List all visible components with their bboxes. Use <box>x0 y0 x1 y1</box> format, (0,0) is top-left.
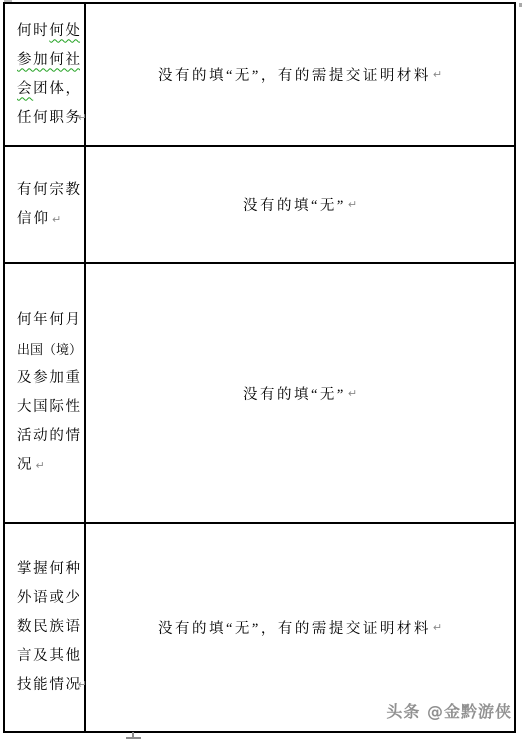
label-segment: 况 <box>17 457 34 473</box>
field-label-line: 会团体， <box>17 75 80 104</box>
field-label-line: 技能情况↵ <box>17 671 80 700</box>
label-segment: 有何宗教 <box>17 182 80 198</box>
end-of-cell-mark-icon: ↵ <box>433 621 442 634</box>
field-label-line: 况↵ <box>17 451 80 480</box>
label-segment: 大国际性 <box>17 399 80 415</box>
field-label-line: 大国际性 <box>17 393 80 422</box>
field-label-line: 何年何月 <box>17 306 80 335</box>
label-segment: 信仰 <box>17 211 50 227</box>
watermark-text: 头条 @金黔游侠 <box>386 699 512 722</box>
table-row: 何时何处 参加何社 会团体， 任何职务↵ 没有的填“无”，有的需提交证明材料↵ <box>5 4 514 147</box>
label-segment: 技能情况 <box>17 677 80 693</box>
field-label-line: 何时何处 <box>17 17 80 46</box>
field-value-text: 没有的填“无”，有的需提交证明材料 <box>158 617 431 638</box>
label-segment: 及参加重 <box>17 370 80 386</box>
table-handle-artifact <box>4 0 12 2</box>
end-of-cell-mark-icon: ↵ <box>78 103 87 132</box>
end-of-cell-mark-icon: ↵ <box>78 670 87 699</box>
end-of-cell-mark-icon: ↵ <box>36 459 45 472</box>
field-label-line: 参加何社 <box>17 46 80 75</box>
label-segment-flagged: 何处 <box>49 23 80 39</box>
label-segment: 活动的情 <box>17 428 80 444</box>
field-label-line: 任何职务↵ <box>17 104 80 133</box>
label-segment-flagged: 会 <box>17 81 33 97</box>
paragraph-mark-artifact <box>519 3 522 7</box>
label-segment: 出国（境） <box>17 342 82 357</box>
end-of-cell-mark-icon: ↵ <box>52 213 61 226</box>
field-label-line: 及参加重 <box>17 364 80 393</box>
label-segment: 言及其他 <box>17 648 80 664</box>
field-label-line: 外语或少 <box>17 584 80 613</box>
field-label-line: 数民族语 <box>17 613 80 642</box>
end-of-cell-mark-icon: ↵ <box>348 198 357 211</box>
field-value-text: 没有的填“无” <box>243 383 346 404</box>
table-row: 有何宗教 信仰↵ 没有的填“无”↵ <box>5 147 514 264</box>
field-value-cell: 没有的填“无”↵ <box>86 147 514 262</box>
field-value-cell: 没有的填“无”，有的需提交证明材料↵ <box>86 4 514 145</box>
field-value-text: 没有的填“无” <box>243 194 346 215</box>
field-value-text: 没有的填“无”，有的需提交证明材料 <box>158 64 431 85</box>
field-label-cell: 何年何月 出国（境） 及参加重 大国际性 活动的情 况↵ <box>5 264 86 522</box>
field-label-cell: 有何宗教 信仰↵ <box>5 147 86 262</box>
end-of-cell-mark-icon: ↵ <box>348 387 357 400</box>
field-label-line: 掌握何种 <box>17 555 80 584</box>
field-label-line: 出国（境） <box>17 335 80 364</box>
field-label-cell: 掌握何种 外语或少 数民族语 言及其他 技能情况↵ <box>5 524 86 731</box>
end-of-cell-mark-icon: ↵ <box>433 68 442 81</box>
table-row: 何年何月 出国（境） 及参加重 大国际性 活动的情 况↵ 没有的填“无”↵ <box>5 264 514 524</box>
label-segment: 数民族语 <box>17 619 80 635</box>
field-label-cell: 何时何处 参加何社 会团体， 任何职务↵ <box>5 4 86 145</box>
field-label-line: 活动的情 <box>17 422 80 451</box>
label-segment: 团体， <box>33 81 80 97</box>
label-segment: 掌握何种 <box>17 561 80 577</box>
label-segment: 外语或少 <box>17 590 80 606</box>
field-label-line: 言及其他 <box>17 642 80 671</box>
label-segment: 任何职务 <box>17 110 80 126</box>
form-table: 何时何处 参加何社 会团体， 任何职务↵ 没有的填“无”，有的需提交证明材料↵ … <box>3 2 516 733</box>
document-page: 何时何处 参加何社 会团体， 任何职务↵ 没有的填“无”，有的需提交证明材料↵ … <box>0 0 523 739</box>
label-segment: 何时 <box>17 23 49 39</box>
field-label-line: 信仰↵ <box>17 205 80 234</box>
label-segment-flagged: 参加何社 <box>17 52 80 68</box>
field-label-line: 有何宗教 <box>17 176 80 205</box>
field-value-cell: 没有的填“无”↵ <box>86 264 514 522</box>
label-segment: 何年何月 <box>17 312 80 328</box>
